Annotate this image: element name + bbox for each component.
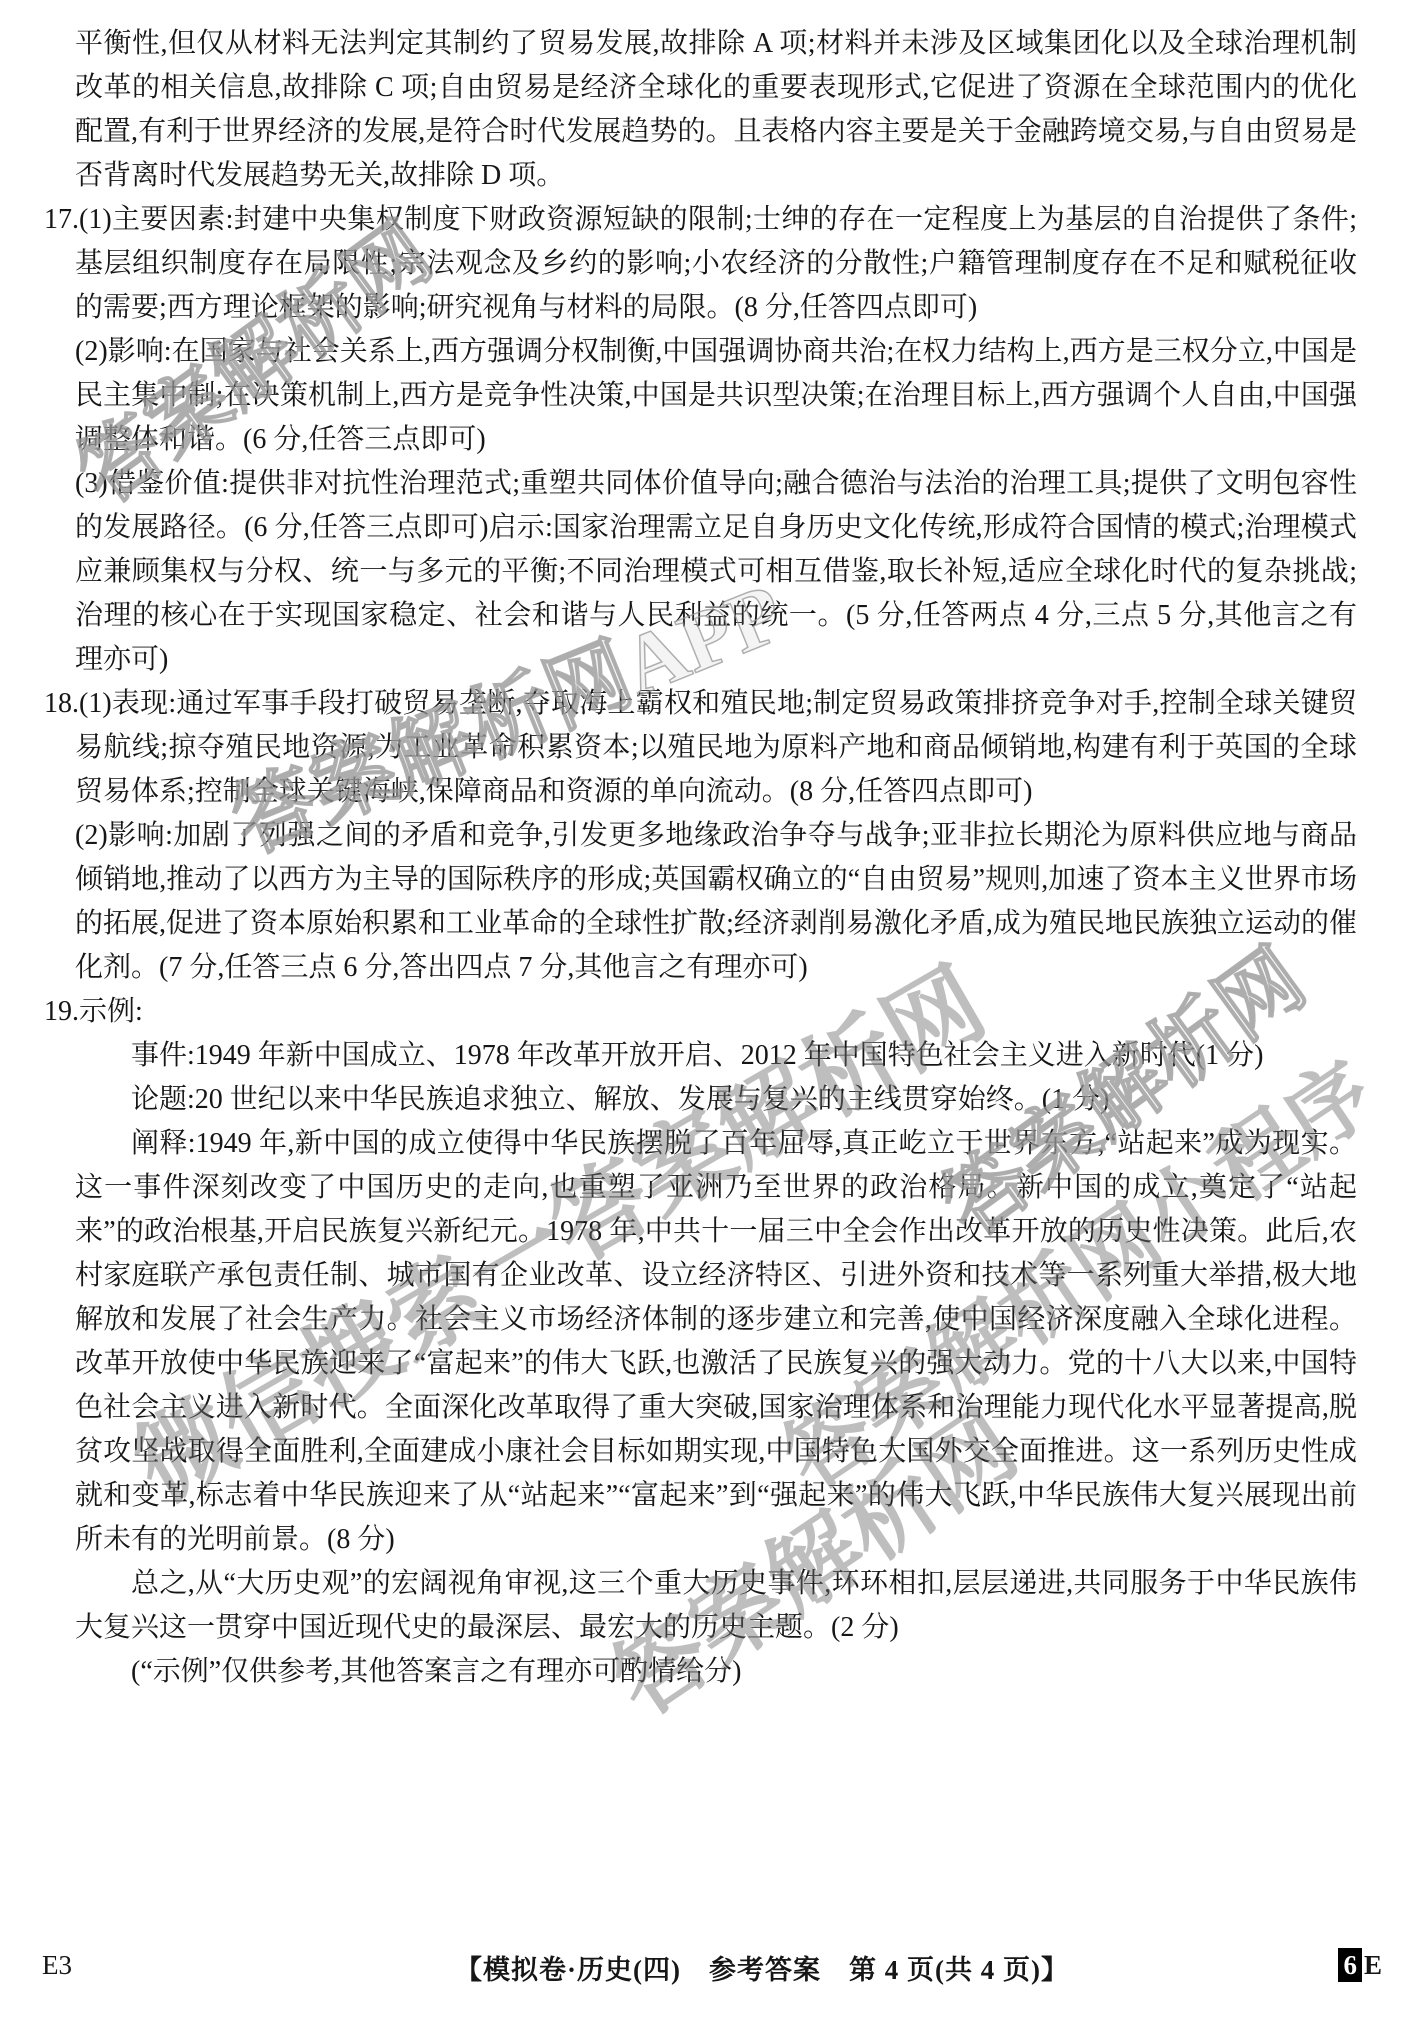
q19-answer-event: 事件:1949 年新中国成立、1978 年改革开放开启、2012 年中国特色社会…: [75, 1034, 1357, 1078]
q19-answer-note: (“示例”仅供参考,其他答案言之有理亦可酌情给分): [75, 1650, 1357, 1694]
answers-text-column: 平衡性,但仅从材料无法判定其制约了贸易发展,故排除 A 项;材料并未涉及区域集团…: [75, 22, 1357, 1694]
q17-answer-part1: 17.(1)主要因素:封建中央集权制度下财政资源短缺的限制;士绅的存在一定程度上…: [75, 198, 1357, 330]
q19-answer-explanation: 阐释:1949 年,新中国的成立使得中华民族摆脱了百年屈辱,真正屹立于世界东方,…: [75, 1122, 1357, 1562]
footer-right-code: 6E: [1338, 1948, 1382, 1982]
q16-answer-continuation: 平衡性,但仅从材料无法判定其制约了贸易发展,故排除 A 项;材料并未涉及区域集团…: [75, 22, 1357, 198]
q19-answer-summary: 总之,从“大历史观”的宏阔视角审视,这三个重大历史事件,环环相扣,层层递进,共同…: [75, 1562, 1357, 1650]
q19-answer-topic: 论题:20 世纪以来中华民族追求独立、解放、发展与复兴的主线贯穿始终。(1 分): [75, 1078, 1357, 1122]
q17-answer-part2: (2)影响:在国家与社会关系上,西方强调分权制衡,中国强调协商共治;在权力结构上…: [75, 330, 1357, 462]
q19-answer-heading: 19.示例:: [75, 990, 1357, 1034]
footer-left-code: E3: [42, 1950, 72, 1981]
page-footer: E3 【模拟卷·历史(四) 参考答案 第 4 页(共 4 页)】 6E: [0, 1946, 1420, 1996]
footer-title-pagination: 【模拟卷·历史(四) 参考答案 第 4 页(共 4 页)】: [455, 1948, 1069, 1987]
footer-edition-letter: E: [1364, 1950, 1382, 1980]
exam-answer-sheet-page: 答案解析网 答案解析网APP 答案解析网 微信搜索一答案解析网 答案解析网小程序…: [0, 0, 1420, 2018]
q18-answer-part2: (2)影响:加剧了列强之间的矛盾和竞争,引发更多地缘政治争夺与战争;亚非拉长期沦…: [75, 814, 1357, 990]
q18-answer-part1: 18.(1)表现:通过军事手段打破贸易垄断,夺取海上霸权和殖民地;制定贸易政策排…: [75, 682, 1357, 814]
footer-page-number-box: 6: [1338, 1948, 1362, 1982]
q17-answer-part3: (3)借鉴价值:提供非对抗性治理范式;重塑共同体价值导向;融合德治与法治的治理工…: [75, 462, 1357, 682]
